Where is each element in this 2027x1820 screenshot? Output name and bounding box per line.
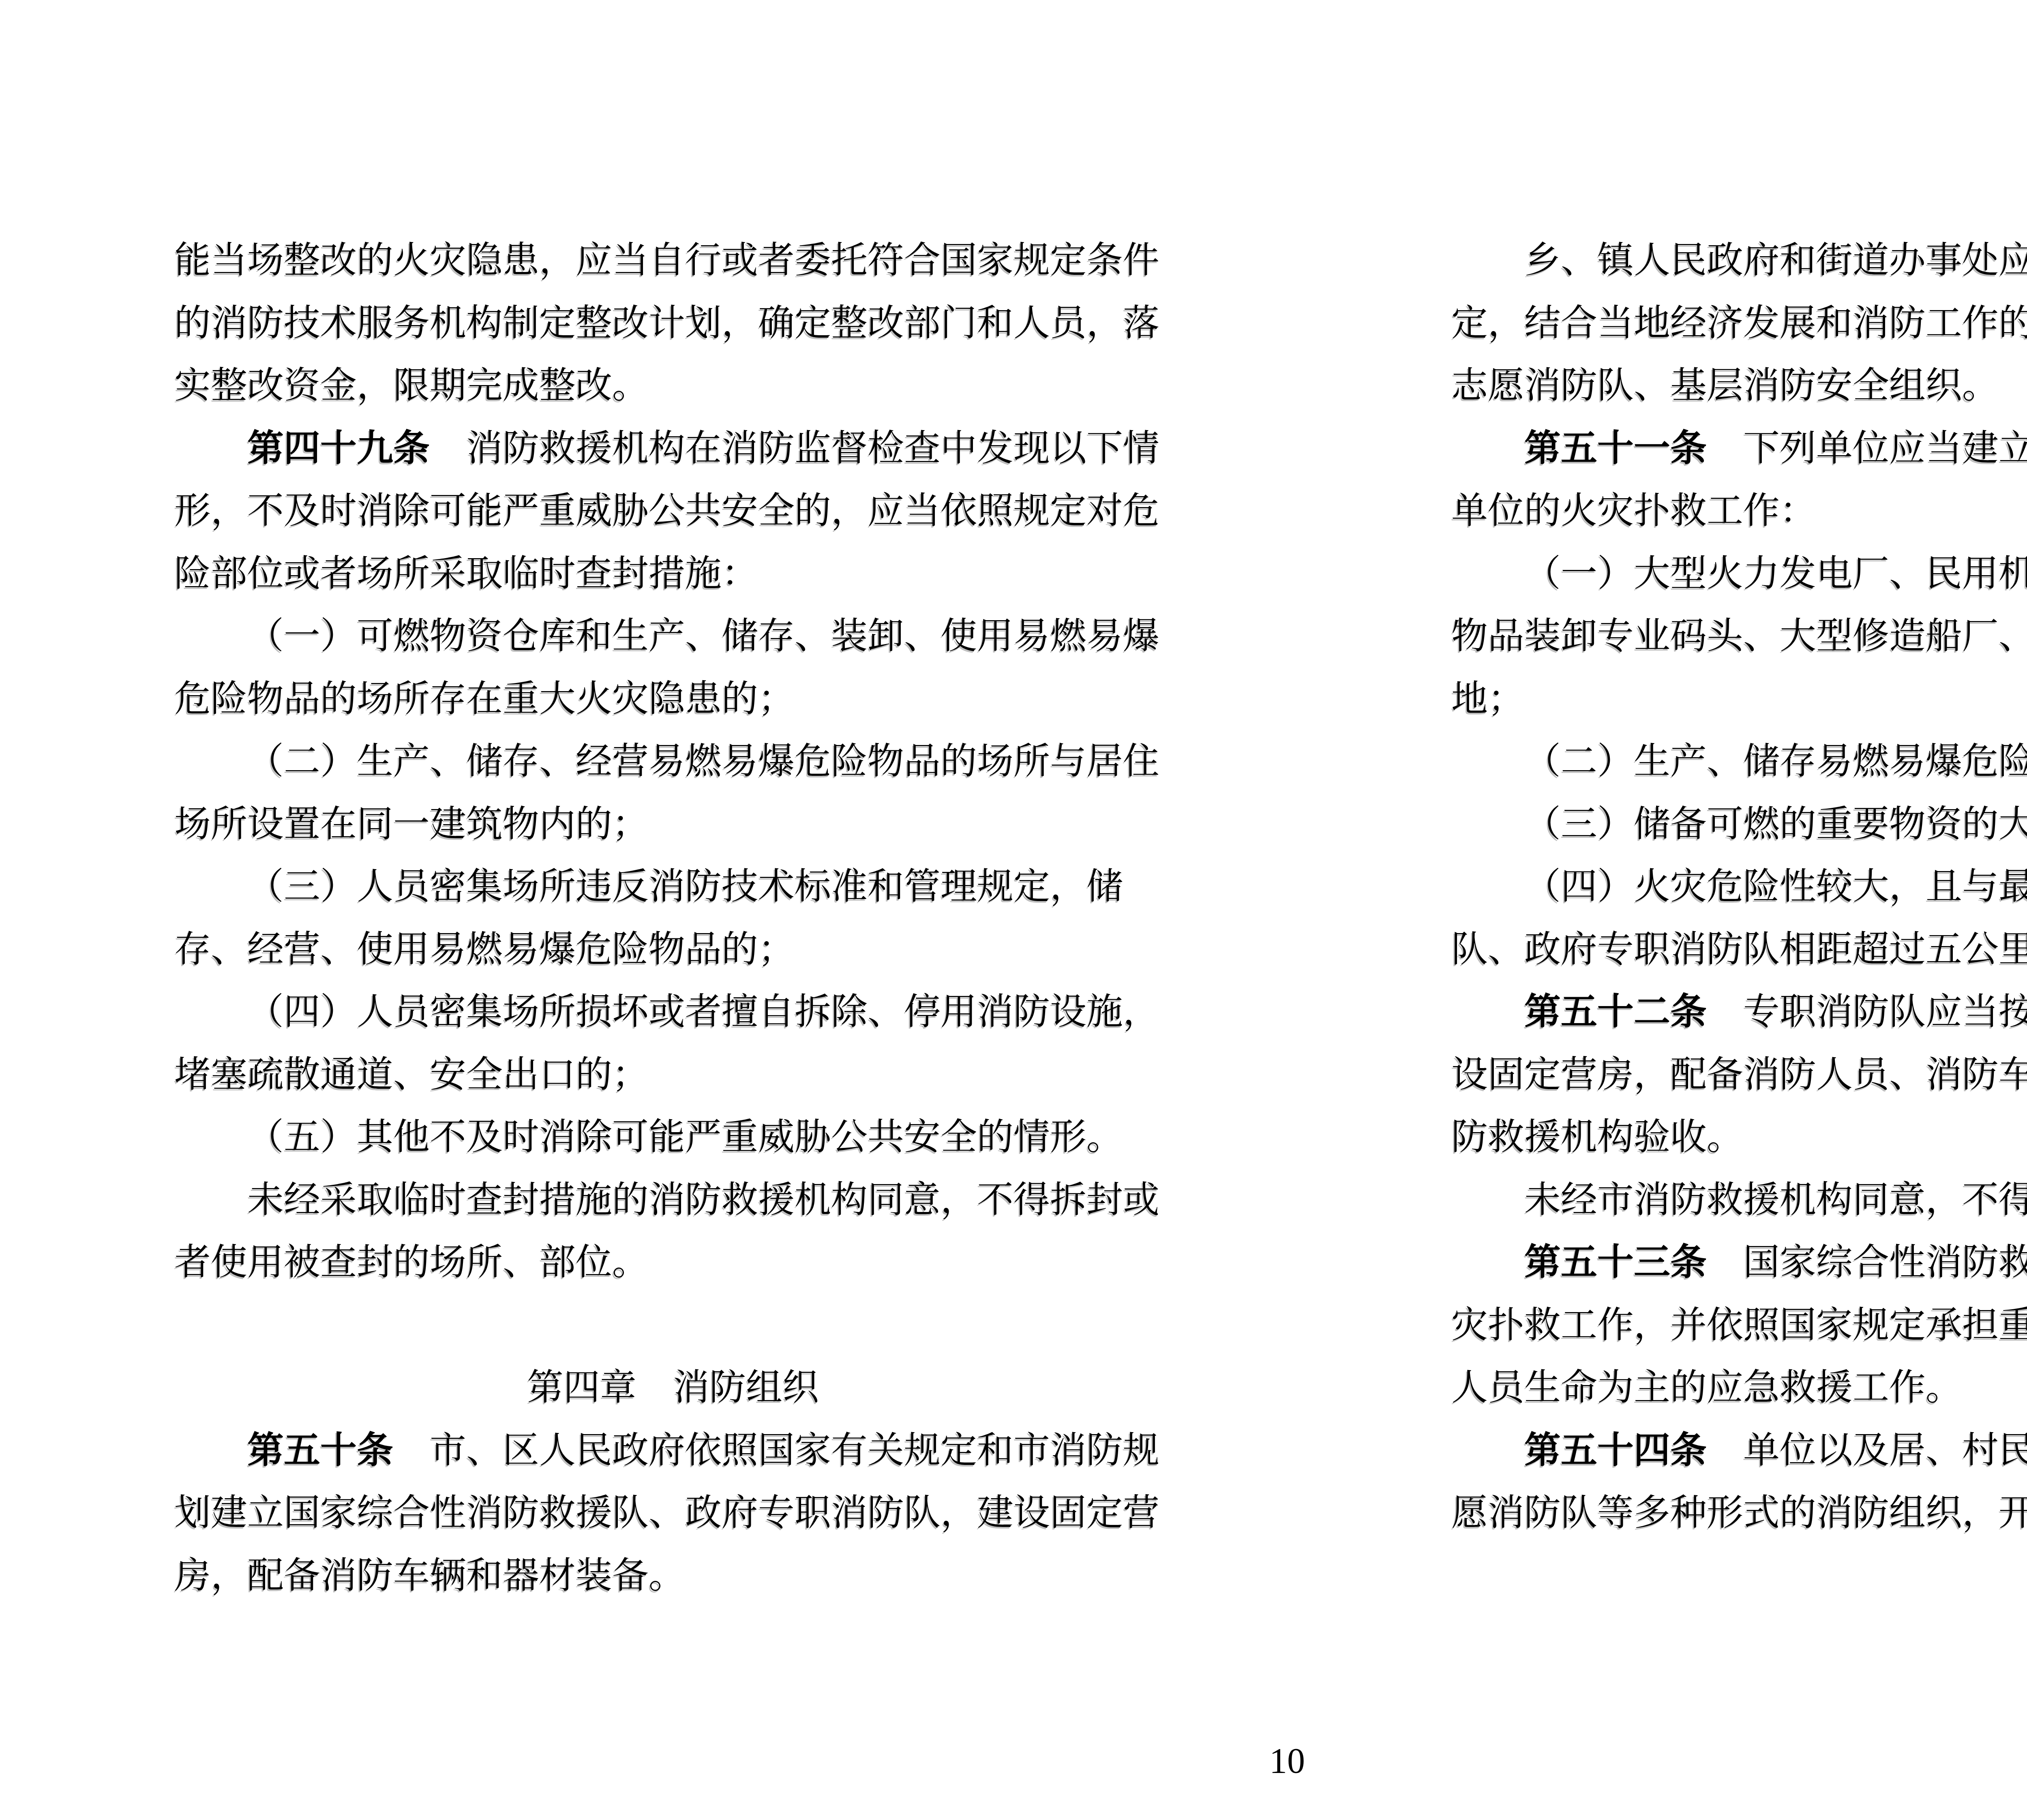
- text-line: 堵塞疏散通道、安全出口的；: [174, 1044, 1172, 1107]
- text-line: 第五十三条国家综合性消防救援队、专职消防队承担火: [1451, 1231, 2027, 1294]
- text-line: （四）人员密集场所损坏或者擅自拆除、停用消防设施，: [174, 981, 1172, 1044]
- text-line: 设固定营房，配备消防人员、消防车辆和器材装备，并经市消: [1451, 1044, 2027, 1107]
- text-line: 能当场整改的火灾隐患，应当自行或者委托符合国家规定条件: [174, 229, 1172, 292]
- text-line: 单位的火灾扑救工作：: [1451, 480, 2027, 543]
- text-line: 划建立国家综合性消防救援队、政府专职消防队，建设固定营: [174, 1482, 1172, 1545]
- text-line: 物品装卸专业码头、大型修造船厂、城市轨道交通综合维修基: [1451, 605, 2027, 668]
- right-column: 乡、镇人民政府和街道办事处应当根据国家和本市有关规定，结合当地经济发展和消防工作…: [1451, 229, 2027, 1545]
- text-line: 房，配备消防车辆和器材装备。: [174, 1545, 1172, 1608]
- page-number: 10: [0, 1741, 2027, 1781]
- text-line: 乡、镇人民政府和街道办事处应当根据国家和本市有关规: [1451, 229, 2027, 292]
- text-line: 地；: [1451, 668, 2027, 731]
- chapter-heading: 第四章 消防组织: [174, 1357, 1172, 1420]
- document-page: 能当场整改的火灾隐患，应当自行或者委托符合国家规定条件的消防技术服务机构制定整改…: [0, 0, 2027, 1820]
- text-line: 险部位或者场所采取临时查封措施：: [174, 543, 1172, 606]
- article-number: 第四十九条: [247, 428, 430, 469]
- text-line: （一）可燃物资仓库和生产、储存、装卸、使用易燃易爆: [174, 605, 1172, 668]
- text-line: 场所设置在同一建筑物内的；: [174, 793, 1172, 856]
- text-line: 第四十九条消防救援机构在消防监督检查中发现以下情: [174, 418, 1172, 480]
- text-line: 形，不及时消除可能严重威胁公共安全的，应当依照规定对危: [174, 480, 1172, 543]
- text-line: 定，结合当地经济发展和消防工作的需要，建立专职消防队、: [1451, 292, 2027, 355]
- article-number: 第五十三条: [1524, 1242, 1707, 1283]
- text-line: （一）大型火力发电厂、民用机场、港口、易燃易爆危险: [1451, 543, 2027, 606]
- text-line: 未经采取临时查封措施的消防救援机构同意，不得拆封或: [174, 1169, 1172, 1232]
- text-line: 防救援机构验收。: [1451, 1106, 2027, 1169]
- text-line: 者使用被查封的场所、部位。: [174, 1231, 1172, 1294]
- text-line: 未经市消防救援机构同意，不得撤销专职消防队。: [1451, 1169, 2027, 1232]
- left-column: 能当场整改的火灾隐患，应当自行或者委托符合国家规定条件的消防技术服务机构制定整改…: [174, 229, 1172, 1607]
- text-line: 的消防技术服务机构制定整改计划，确定整改部门和人员，落: [174, 292, 1172, 355]
- text-line: 愿消防队等多种形式的消防组织，开展群众性自防自救工作。: [1451, 1482, 2027, 1545]
- article-number: 第五十二条: [1524, 992, 1707, 1032]
- text-line: （四）火灾危险性较大，且与最近的国家综合性消防救援: [1451, 856, 2027, 919]
- article-number: 第五十条: [247, 1430, 393, 1471]
- article-number: 第五十一条: [1524, 428, 1707, 469]
- text-line: 实整改资金，限期完成整改。: [174, 355, 1172, 418]
- text-line: 第五十二条专职消防队应当按照国家和本市有关规定建: [1451, 981, 2027, 1044]
- text-line: 志愿消防队、基层消防安全组织。: [1451, 355, 2027, 418]
- text-line: 人员生命为主的应急救援工作。: [1451, 1357, 2027, 1420]
- text-line: 第五十条市、区人民政府依照国家有关规定和市消防规: [174, 1420, 1172, 1482]
- article-number: 第五十四条: [1524, 1430, 1707, 1471]
- text-line: （五）其他不及时消除可能严重威胁公共安全的情形。: [174, 1106, 1172, 1169]
- text-line: 灾扑救工作，并依照国家规定承担重大灾害事故和其他以抢救: [1451, 1294, 2027, 1357]
- blank-line: [174, 1294, 1172, 1357]
- text-line: （三）储备可燃的重要物资的大型仓库、基地；: [1451, 793, 2027, 856]
- text-line: 第五十一条下列单位应当建立单位专职消防队，承担本: [1451, 418, 2027, 480]
- text-line: （二）生产、储存易燃易爆危险物品的大型企业；: [1451, 730, 2027, 793]
- text-line: （二）生产、储存、经营易燃易爆危险物品的场所与居住: [174, 730, 1172, 793]
- text-line: 危险物品的场所存在重大火灾隐患的；: [174, 668, 1172, 731]
- text-line: 存、经营、使用易燃易爆危险物品的；: [174, 919, 1172, 981]
- text-line: 第五十四条单位以及居、村民委员会根据需要，建立志: [1451, 1420, 2027, 1482]
- text-line: （三）人员密集场所违反消防技术标准和管理规定，储: [174, 856, 1172, 919]
- text-line: 队、政府专职消防队相距超过五公里的其他大型企业。: [1451, 919, 2027, 981]
